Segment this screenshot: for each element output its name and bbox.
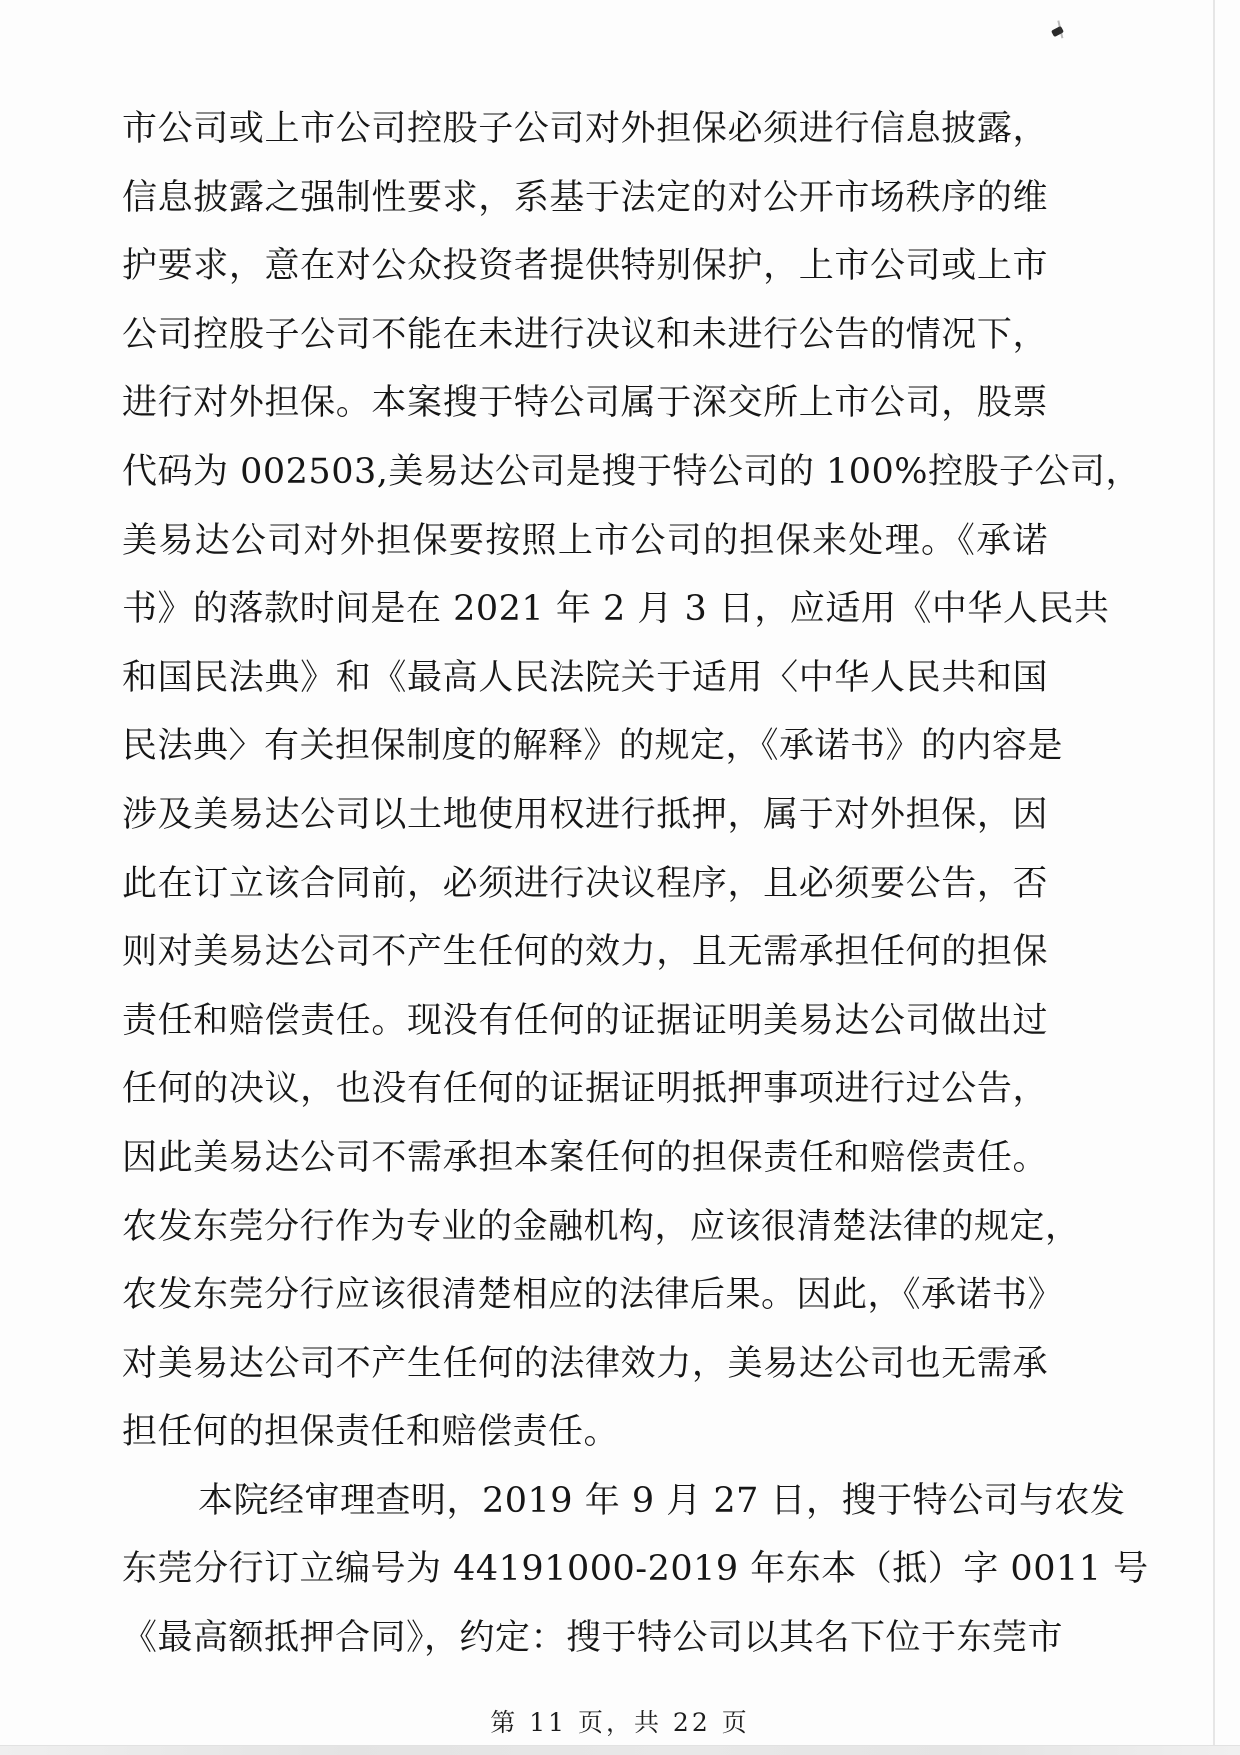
document-page: 市公司或上市公司控股子公司对外担保必须进行信息披露，信息披露之强制性要求，系基于…	[0, 0, 1240, 1755]
text-line: 农发东莞分行作为专业的金融机构，应该很清楚法律的规定，	[122, 1193, 1048, 1262]
scan-bottom-band	[0, 1745, 1240, 1755]
text-line: 市公司或上市公司控股子公司对外担保必须进行信息披露，	[122, 95, 1048, 164]
text-line: 护要求，意在对公众投资者提供特别保护，上市公司或上市	[122, 232, 1048, 301]
text-line: 《最高额抵押合同》，约定：搜于特公司以其名下位于东莞市	[122, 1604, 1048, 1673]
text-line: 进行对外担保。本案搜于特公司属于深交所上市公司，股票	[122, 369, 1048, 438]
text-line: 美易达公司对外担保要按照上市公司的担保来处理。《承诺	[122, 507, 1048, 576]
text-line: 对美易达公司不产生任何的法律效力，美易达公司也无需承	[122, 1330, 1048, 1399]
text-line: 本院经审理查明，2019 年 9 月 27 日，搜于特公司与农发	[122, 1467, 1048, 1536]
page-footer: 第 11 页，共 22 页	[0, 1703, 1240, 1739]
text-line: 东莞分行订立编号为 44191000-2019 年东本（抵）字 0011 号	[122, 1535, 1048, 1604]
text-line: 代码为 002503,美易达公司是搜于特公司的 100%控股子公司，	[122, 438, 1048, 507]
text-line: 和国民法典》和《最高人民法院关于适用〈中华人民共和国	[122, 644, 1048, 713]
text-line: 担任何的担保责任和赔偿责任。	[122, 1398, 1048, 1467]
page-number-label: 第 11 页，共 22 页	[490, 1708, 749, 1737]
text-line: 农发东莞分行应该很清楚相应的法律后果。因此，《承诺书》	[122, 1261, 1048, 1330]
scan-edge-line	[1213, 0, 1215, 1755]
text-line: 因此美易达公司不需承担本案任何的担保责任和赔偿责任。	[122, 1124, 1048, 1193]
text-line: 任何的决议，也没有任何的证据证明抵押事项进行过公告，	[122, 1055, 1048, 1124]
text-line: 责任和赔偿责任。现没有任何的证据证明美易达公司做出过	[122, 987, 1048, 1056]
text-line: 民法典〉有关担保制度的解释》的规定，《承诺书》的内容是	[122, 712, 1048, 781]
text-line: 则对美易达公司不产生任何的效力，且无需承担任何的担保	[122, 918, 1048, 987]
text-line: 信息披露之强制性要求，系基于法定的对公开市场秩序的维	[122, 164, 1048, 233]
ink-speck-middle	[497, 1096, 502, 1101]
ink-speck-top-right	[1051, 26, 1064, 37]
text-line: 公司控股子公司不能在未进行决议和未进行公告的情况下，	[122, 301, 1048, 370]
text-line: 书》的落款时间是在 2021 年 2 月 3 日，应适用《中华人民共	[122, 575, 1048, 644]
text-line: 此在订立该合同前，必须进行决议程序，且必须要公告，否	[122, 850, 1048, 919]
document-body: 市公司或上市公司控股子公司对外担保必须进行信息披露，信息披露之强制性要求，系基于…	[122, 95, 1048, 1673]
text-line: 涉及美易达公司以土地使用权进行抵押，属于对外担保，因	[122, 781, 1048, 850]
